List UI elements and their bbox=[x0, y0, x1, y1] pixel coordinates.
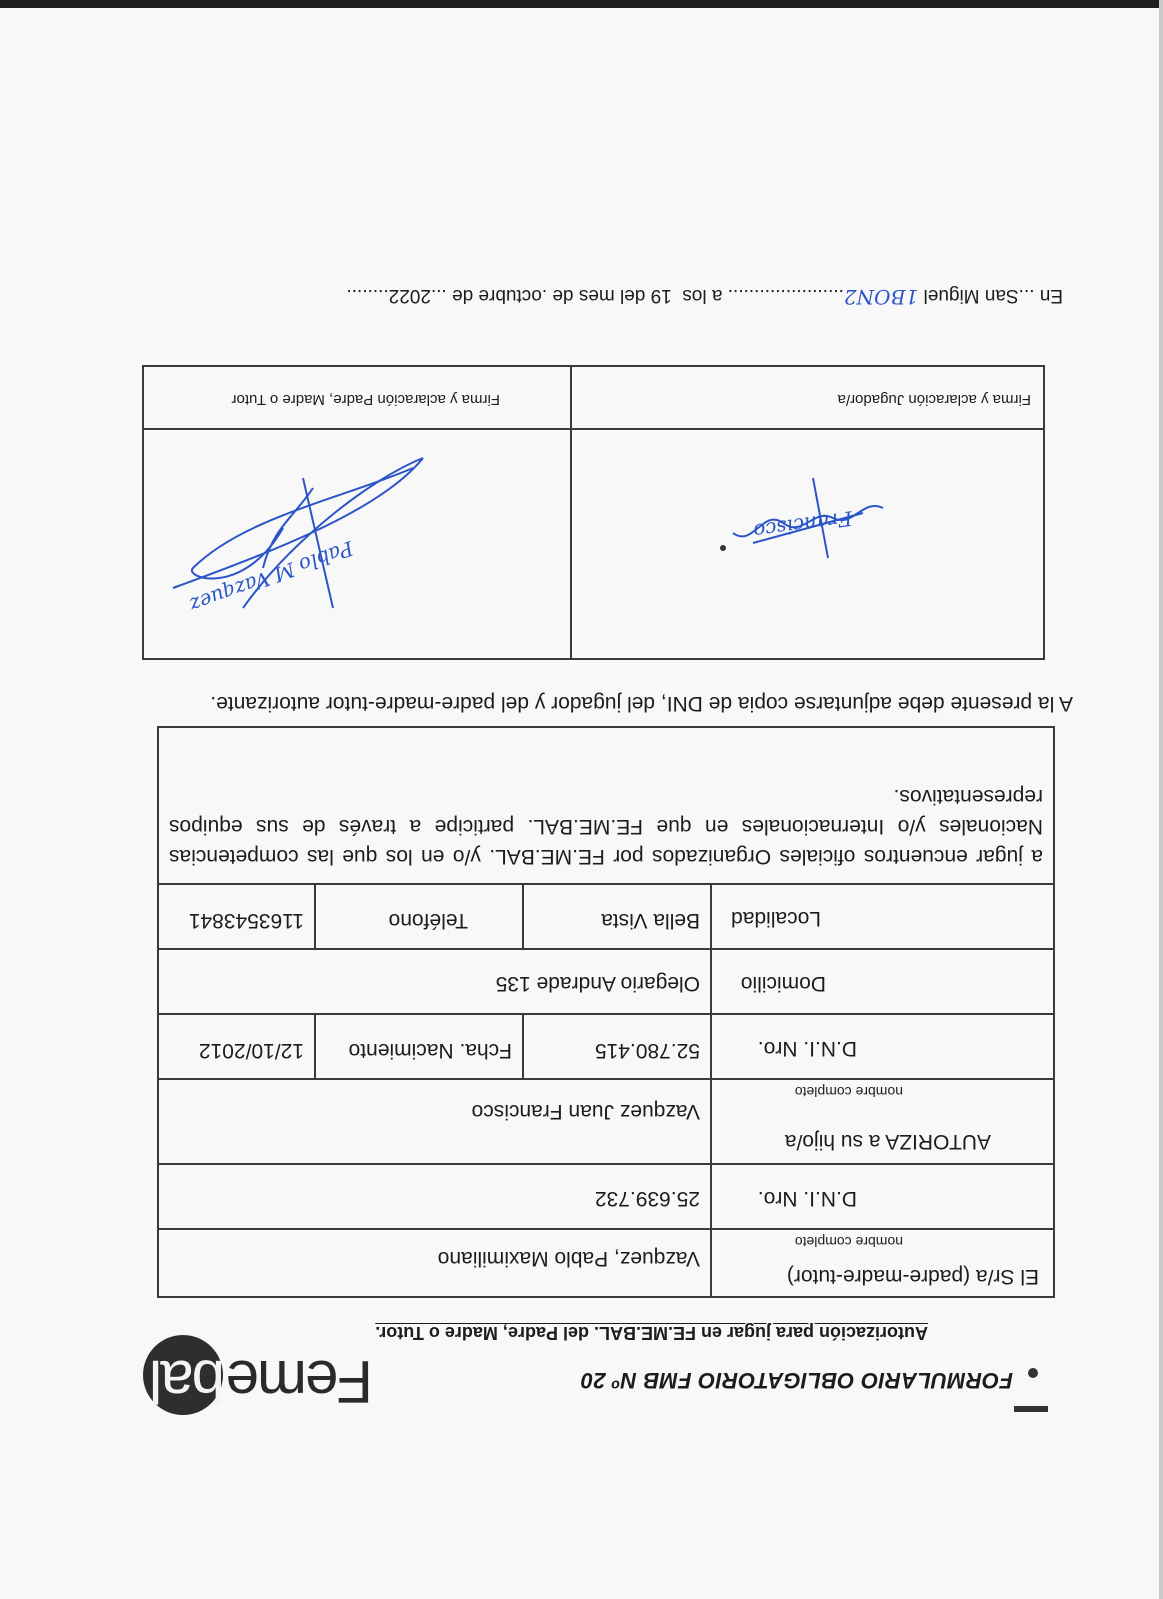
birth-label-cell: Fcha. Nacimiento bbox=[314, 1015, 522, 1078]
scanned-form-page: FORMULARIO OBLIGATORIO FMB Nº 20 Feme ba… bbox=[0, 0, 1163, 1599]
parent-dni-label: D.N.I. Nro. bbox=[758, 1187, 857, 1210]
locality-label-cell: Localidad bbox=[710, 885, 1053, 948]
player-signature-label: Firma y aclaración Jugador/a bbox=[838, 391, 1031, 408]
parent-dni-cell: 25.639.732 bbox=[159, 1165, 710, 1228]
birth-value-cell: 12/10/2012 bbox=[159, 1015, 314, 1078]
child-dni-cell: 52.780.415 bbox=[522, 1015, 710, 1078]
address-cell: Olegario Andrade 135 bbox=[159, 950, 710, 1013]
locality-cell: Bella Vista bbox=[522, 885, 710, 948]
dash-mark bbox=[1014, 1406, 1048, 1412]
child-dni-value: 52.780.415 bbox=[595, 1039, 700, 1062]
scan-edge bbox=[0, 0, 1163, 8]
authorization-text-row: a jugar encuentros oficiales Organizados… bbox=[159, 728, 1053, 883]
column-divider bbox=[570, 367, 572, 658]
child-intro-cell: AUTORIZA a su hijo/a nombre completo bbox=[710, 1080, 1053, 1163]
address-label-cell: Domicilio bbox=[710, 950, 1053, 1013]
child-name-value: Vazquez Juan Francisco bbox=[472, 1100, 700, 1123]
place-prefix: En ...San Miguel bbox=[918, 285, 1063, 306]
form-title: FORMULARIO OBLIGATORIO FMB Nº 20 bbox=[581, 1367, 1013, 1393]
logo-text: Feme bbox=[228, 1341, 373, 1421]
signature-table: Francisco Pablo M Vazquez Firma y aclara… bbox=[142, 365, 1045, 660]
child-name-row: AUTORIZA a su hijo/a nombre completo Vaz… bbox=[159, 1078, 1053, 1163]
phone-label: Teléfono bbox=[389, 909, 468, 932]
parent-signature: Pablo M Vazquez bbox=[163, 448, 443, 628]
parent-dni-row: D.N.I. Nro. 25.639.732 bbox=[159, 1163, 1053, 1228]
locality-label: Localidad bbox=[731, 907, 821, 930]
phone-value-cell: 1163543841 bbox=[159, 885, 314, 948]
child-dni-label: D.N.I. Nro. bbox=[758, 1037, 857, 1060]
phone-value: 1163543841 bbox=[189, 909, 304, 932]
name-caption: nombre completo bbox=[795, 1084, 903, 1100]
address-label: Domicilio bbox=[741, 972, 826, 995]
parent-signature-label: Firma y aclaración Padre, Madre o Tutor bbox=[232, 391, 500, 408]
dni-copy-note: A la presente debe adjuntarse copia de D… bbox=[210, 691, 1073, 715]
place-date-line: En ...San Miguel 1BON2..................… bbox=[346, 284, 1063, 309]
femebal-logo: Feme bal bbox=[113, 1341, 373, 1421]
child-dni-label-cell: D.N.I. Nro. bbox=[710, 1015, 1053, 1078]
parent-intro-cell: El Sr/a (padre-madre-tutor) nombre compl… bbox=[710, 1230, 1053, 1296]
address-value: Olegario Andrade 135 bbox=[496, 972, 700, 995]
parent-name-cell: Vazquez, Pablo Maximiliano bbox=[159, 1230, 710, 1296]
authorization-table: El Sr/a (padre-madre-tutor) nombre compl… bbox=[157, 726, 1055, 1298]
handwritten-mark: 1BON2 bbox=[844, 285, 918, 309]
player-signature: Francisco bbox=[683, 468, 923, 618]
parent-intro-label: El Sr/a (padre-madre-tutor) bbox=[787, 1265, 1039, 1288]
bullet-icon bbox=[1028, 1368, 1038, 1378]
address-row: Domicilio Olegario Andrade 135 bbox=[159, 948, 1053, 1013]
authorization-text: a jugar encuentros oficiales Organizados… bbox=[159, 728, 1053, 883]
svg-text:Francisco: Francisco bbox=[752, 506, 855, 544]
parent-name-row: El Sr/a (padre-madre-tutor) nombre compl… bbox=[159, 1228, 1053, 1296]
phone-label-cell: Teléfono bbox=[314, 885, 522, 948]
form-header: FORMULARIO OBLIGATORIO FMB Nº 20 Feme ba… bbox=[0, 1339, 1163, 1599]
form-subtitle: Autorización para jugar en FE.ME.BAL. de… bbox=[375, 1322, 928, 1343]
child-intro-label: AUTORIZA a su hijo/a bbox=[785, 1130, 991, 1153]
locality-row: Localidad Bella Vista Teléfono 116354384… bbox=[159, 883, 1053, 948]
name-caption: nombre completo bbox=[795, 1234, 903, 1250]
parent-name-value: Vazquez, Pablo Maximiliano bbox=[438, 1247, 700, 1270]
date-text: ...................... a los 19 del mes … bbox=[346, 285, 843, 306]
birth-label: Fcha. Nacimiento bbox=[349, 1039, 512, 1062]
child-dni-row: D.N.I. Nro. 52.780.415 Fcha. Nacimiento … bbox=[159, 1013, 1053, 1078]
child-name-cell: Vazquez Juan Francisco bbox=[159, 1080, 710, 1163]
logo-text-bal: bal bbox=[151, 1341, 225, 1421]
locality-value: Bella Vista bbox=[601, 909, 700, 932]
parent-dni-label-cell: D.N.I. Nro. bbox=[710, 1165, 1053, 1228]
parent-dni-value: 25.639.732 bbox=[595, 1187, 700, 1210]
birth-value: 12/10/2012 bbox=[199, 1039, 304, 1062]
